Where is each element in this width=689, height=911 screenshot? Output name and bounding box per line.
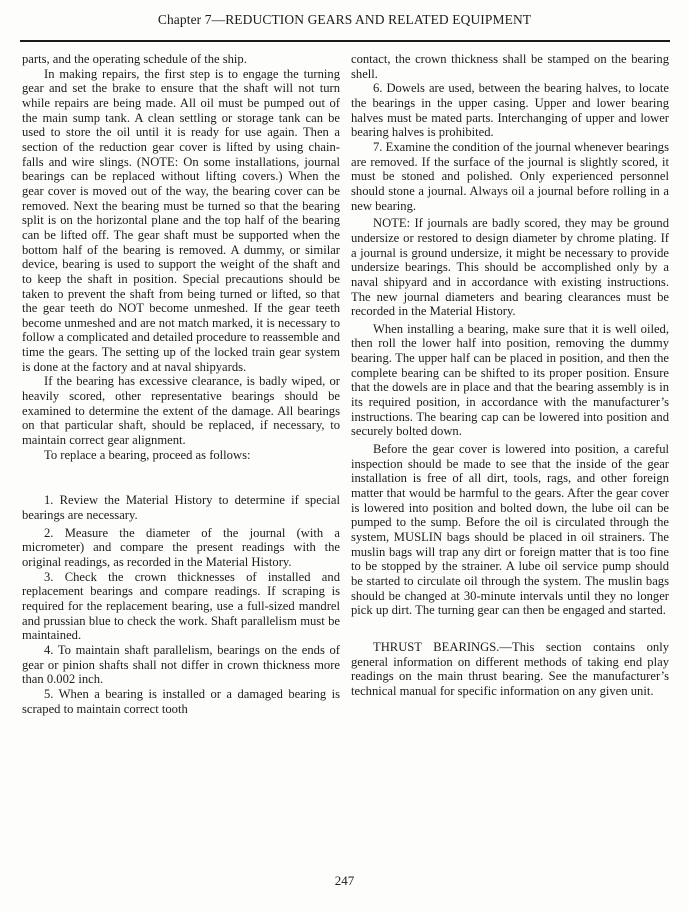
paragraph-note: NOTE: If journals are badly scored, they… <box>351 216 669 319</box>
running-header: Chapter 7—REDUCTION GEARS AND RELATED EQ… <box>0 12 689 28</box>
right-column: contact, the crown thickness shall be st… <box>351 52 669 699</box>
page-number: 247 <box>0 873 689 889</box>
paragraph-making-repairs: In making repairs, the first step is to … <box>22 67 340 375</box>
header-rule <box>20 40 670 42</box>
step-2: 2. Measure the diameter of the journal (… <box>22 526 340 570</box>
step-5: 5. When a bearing is installed or a dama… <box>22 687 340 716</box>
step-1: 1. Review the Material History to determ… <box>22 493 340 522</box>
paragraph-gear-cover: Before the gear cover is lowered into po… <box>351 442 669 618</box>
paragraph-continuation: contact, the crown thickness shall be st… <box>351 52 669 81</box>
paragraph-excessive-clearance: If the bearing has excessive clearance, … <box>22 374 340 447</box>
left-column: parts, and the operating schedule of the… <box>22 52 340 716</box>
paragraph-installing: When installing a bearing, make sure tha… <box>351 322 669 439</box>
paragraph-continuation: parts, and the operating schedule of the… <box>22 52 340 67</box>
paragraph-replace-intro: To replace a bearing, proceed as follows… <box>22 448 340 463</box>
step-7: 7. Examine the condition of the journal … <box>351 140 669 213</box>
step-4: 4. To maintain shaft parallelism, bearin… <box>22 643 340 687</box>
step-6: 6. Dowels are used, between the bearing … <box>351 81 669 140</box>
step-3: 3. Check the crown thicknesses of instal… <box>22 570 340 643</box>
paragraph-thrust-bearings: THRUST BEARINGS.—This section contains o… <box>351 640 669 699</box>
